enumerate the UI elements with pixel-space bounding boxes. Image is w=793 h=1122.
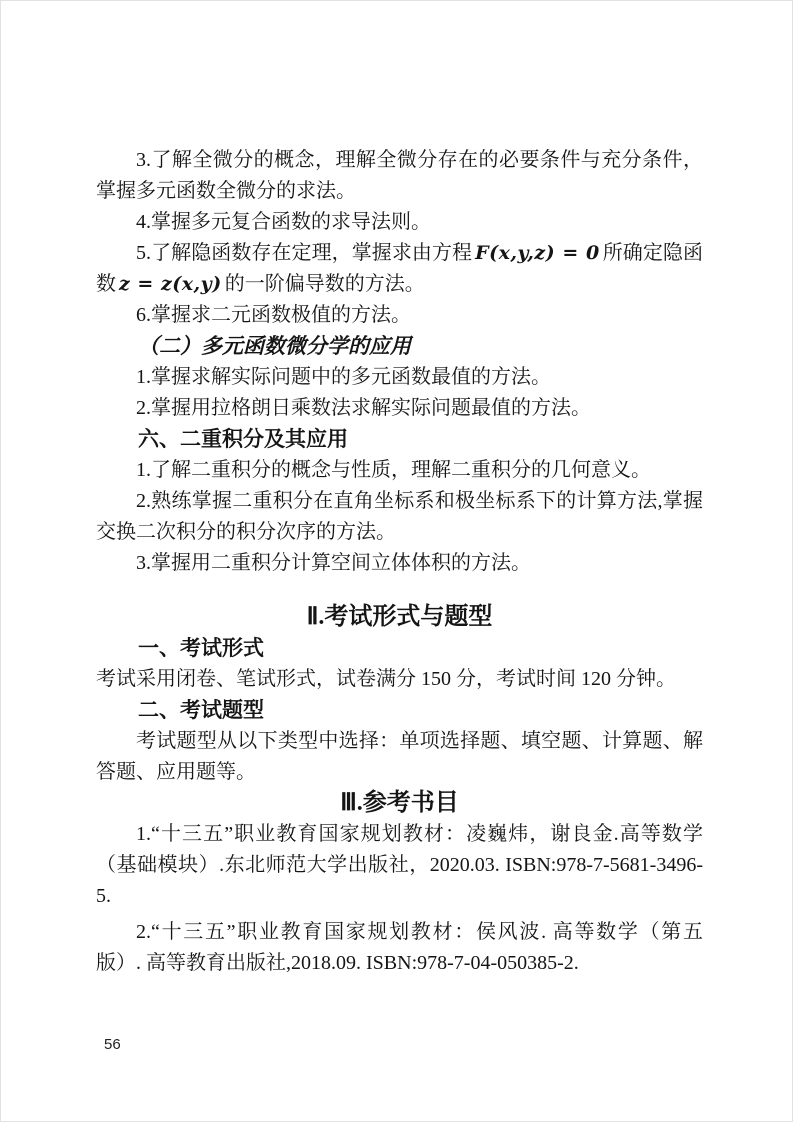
heading-exam-form: 一、考试形式 xyxy=(96,633,703,664)
integral-item-3: 3.掌握用二重积分计算空间立体体积的方法。 xyxy=(96,548,703,579)
reference-item-1: 1.“十三五”职业教育国家规划教材：凌巍炜，谢良金.高等数学（基础模块）.东北师… xyxy=(96,819,703,912)
section-title-exam-format: Ⅱ.考试形式与题型 xyxy=(96,602,703,633)
reference-item-2: 2.“十三五”职业教育国家规划教材：侯风波. 高等数学（第五版）. 高等教育出版… xyxy=(96,917,703,979)
exam-types-text: 考试题型从以下类型中选择：单项选择题、填空题、计算题、解答题、应用题等。 xyxy=(96,726,703,788)
formula-z-xy: z = z(x,y) xyxy=(116,273,225,295)
heading-exam-types: 二、考试题型 xyxy=(96,695,703,726)
syllabus-item-3: 3.了解全微分的概念，理解全微分存在的必要条件与充分条件，掌握多元函数全微分的求… xyxy=(96,145,703,207)
application-item-2: 2.掌握用拉格朗日乘数法求解实际问题最值的方法。 xyxy=(96,393,703,424)
exam-form-text: 考试采用闭卷、笔试形式，试卷满分 150 分，考试时间 120 分钟。 xyxy=(96,664,703,695)
chapter-heading-double-integral: 六、二重积分及其应用 xyxy=(96,424,703,455)
integral-item-1: 1.了解二重积分的概念与性质，理解二重积分的几何意义。 xyxy=(96,455,703,486)
syllabus-item-5: 5.了解隐函数存在定理，掌握求由方程F(x,y,z) = 0所确定隐函数z = … xyxy=(96,238,703,300)
subsection-heading-application: （二）多元函数微分学的应用 xyxy=(96,331,703,362)
syllabus-item-5-text-post: 的一阶偏导数的方法。 xyxy=(225,273,425,295)
syllabus-item-5-text-pre: 5.了解隐函数存在定理，掌握求由方程 xyxy=(136,242,472,264)
document-page: 3.了解全微分的概念，理解全微分存在的必要条件与充分条件，掌握多元函数全微分的求… xyxy=(0,0,793,1122)
page-number: 56 xyxy=(104,1036,121,1053)
syllabus-item-4: 4.掌握多元复合函数的求导法则。 xyxy=(96,207,703,238)
formula-implicit-function: F(x,y,z) = 0 xyxy=(472,242,603,264)
application-item-1: 1.掌握求解实际问题中的多元函数最值的方法。 xyxy=(96,362,703,393)
integral-item-2: 2.熟练掌握二重积分在直角坐标系和极坐标系下的计算方法,掌握交换二次积分的积分次… xyxy=(96,486,703,548)
syllabus-item-6: 6.掌握求二元函数极值的方法。 xyxy=(96,300,703,331)
section-title-references: Ⅲ.参考书目 xyxy=(96,788,703,819)
page-content: 3.了解全微分的概念，理解全微分存在的必要条件与充分条件，掌握多元函数全微分的求… xyxy=(96,145,703,979)
